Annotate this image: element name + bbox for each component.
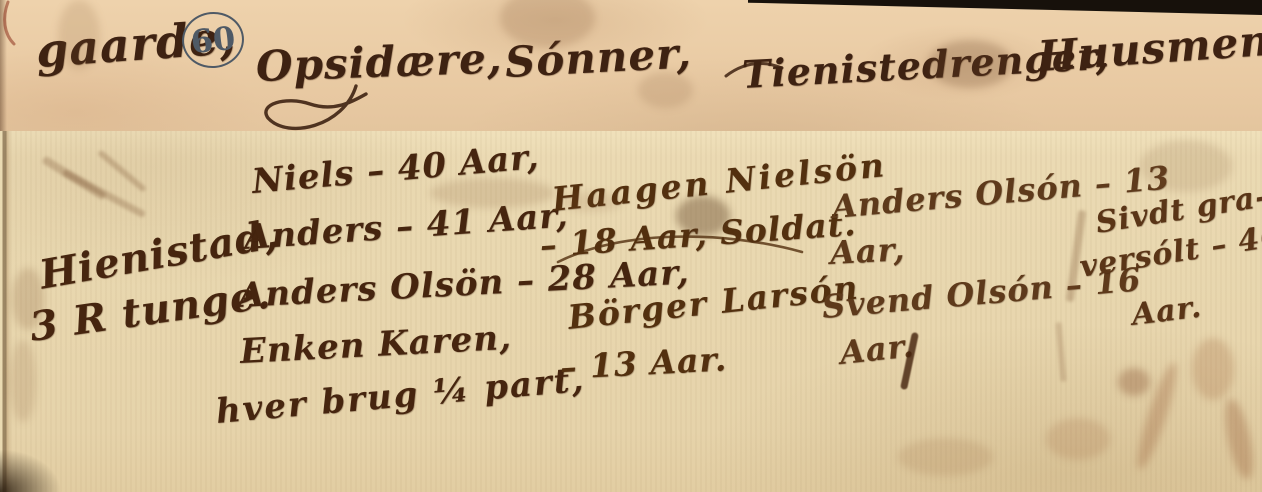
stain [58,0,100,70]
manuscript-page: gaarde, 60 Opsidære, Sónner, Tienistedre… [0,0,1262,492]
page-edge-shadow-top [0,0,7,131]
bleed-through-mark [1046,418,1110,460]
bleed-through-mark [12,268,44,330]
column-header-opsiddere: Opsidære, [255,33,503,91]
stain [638,72,693,108]
bleed-through-mark [430,178,555,208]
bleed-through-mark [898,438,993,476]
bleed-through-mark [1140,140,1232,192]
ink-blot [676,196,730,236]
stain [928,40,1013,88]
tienistedrenger-line: Aar, [829,230,906,272]
bleed-through-mark [562,192,622,212]
bleed-through-mark [10,340,36,422]
bleed-through-mark [1192,338,1234,400]
dark-corner [0,450,60,492]
book-spine-edge [0,131,11,492]
bleed-through-mark [1118,368,1150,396]
